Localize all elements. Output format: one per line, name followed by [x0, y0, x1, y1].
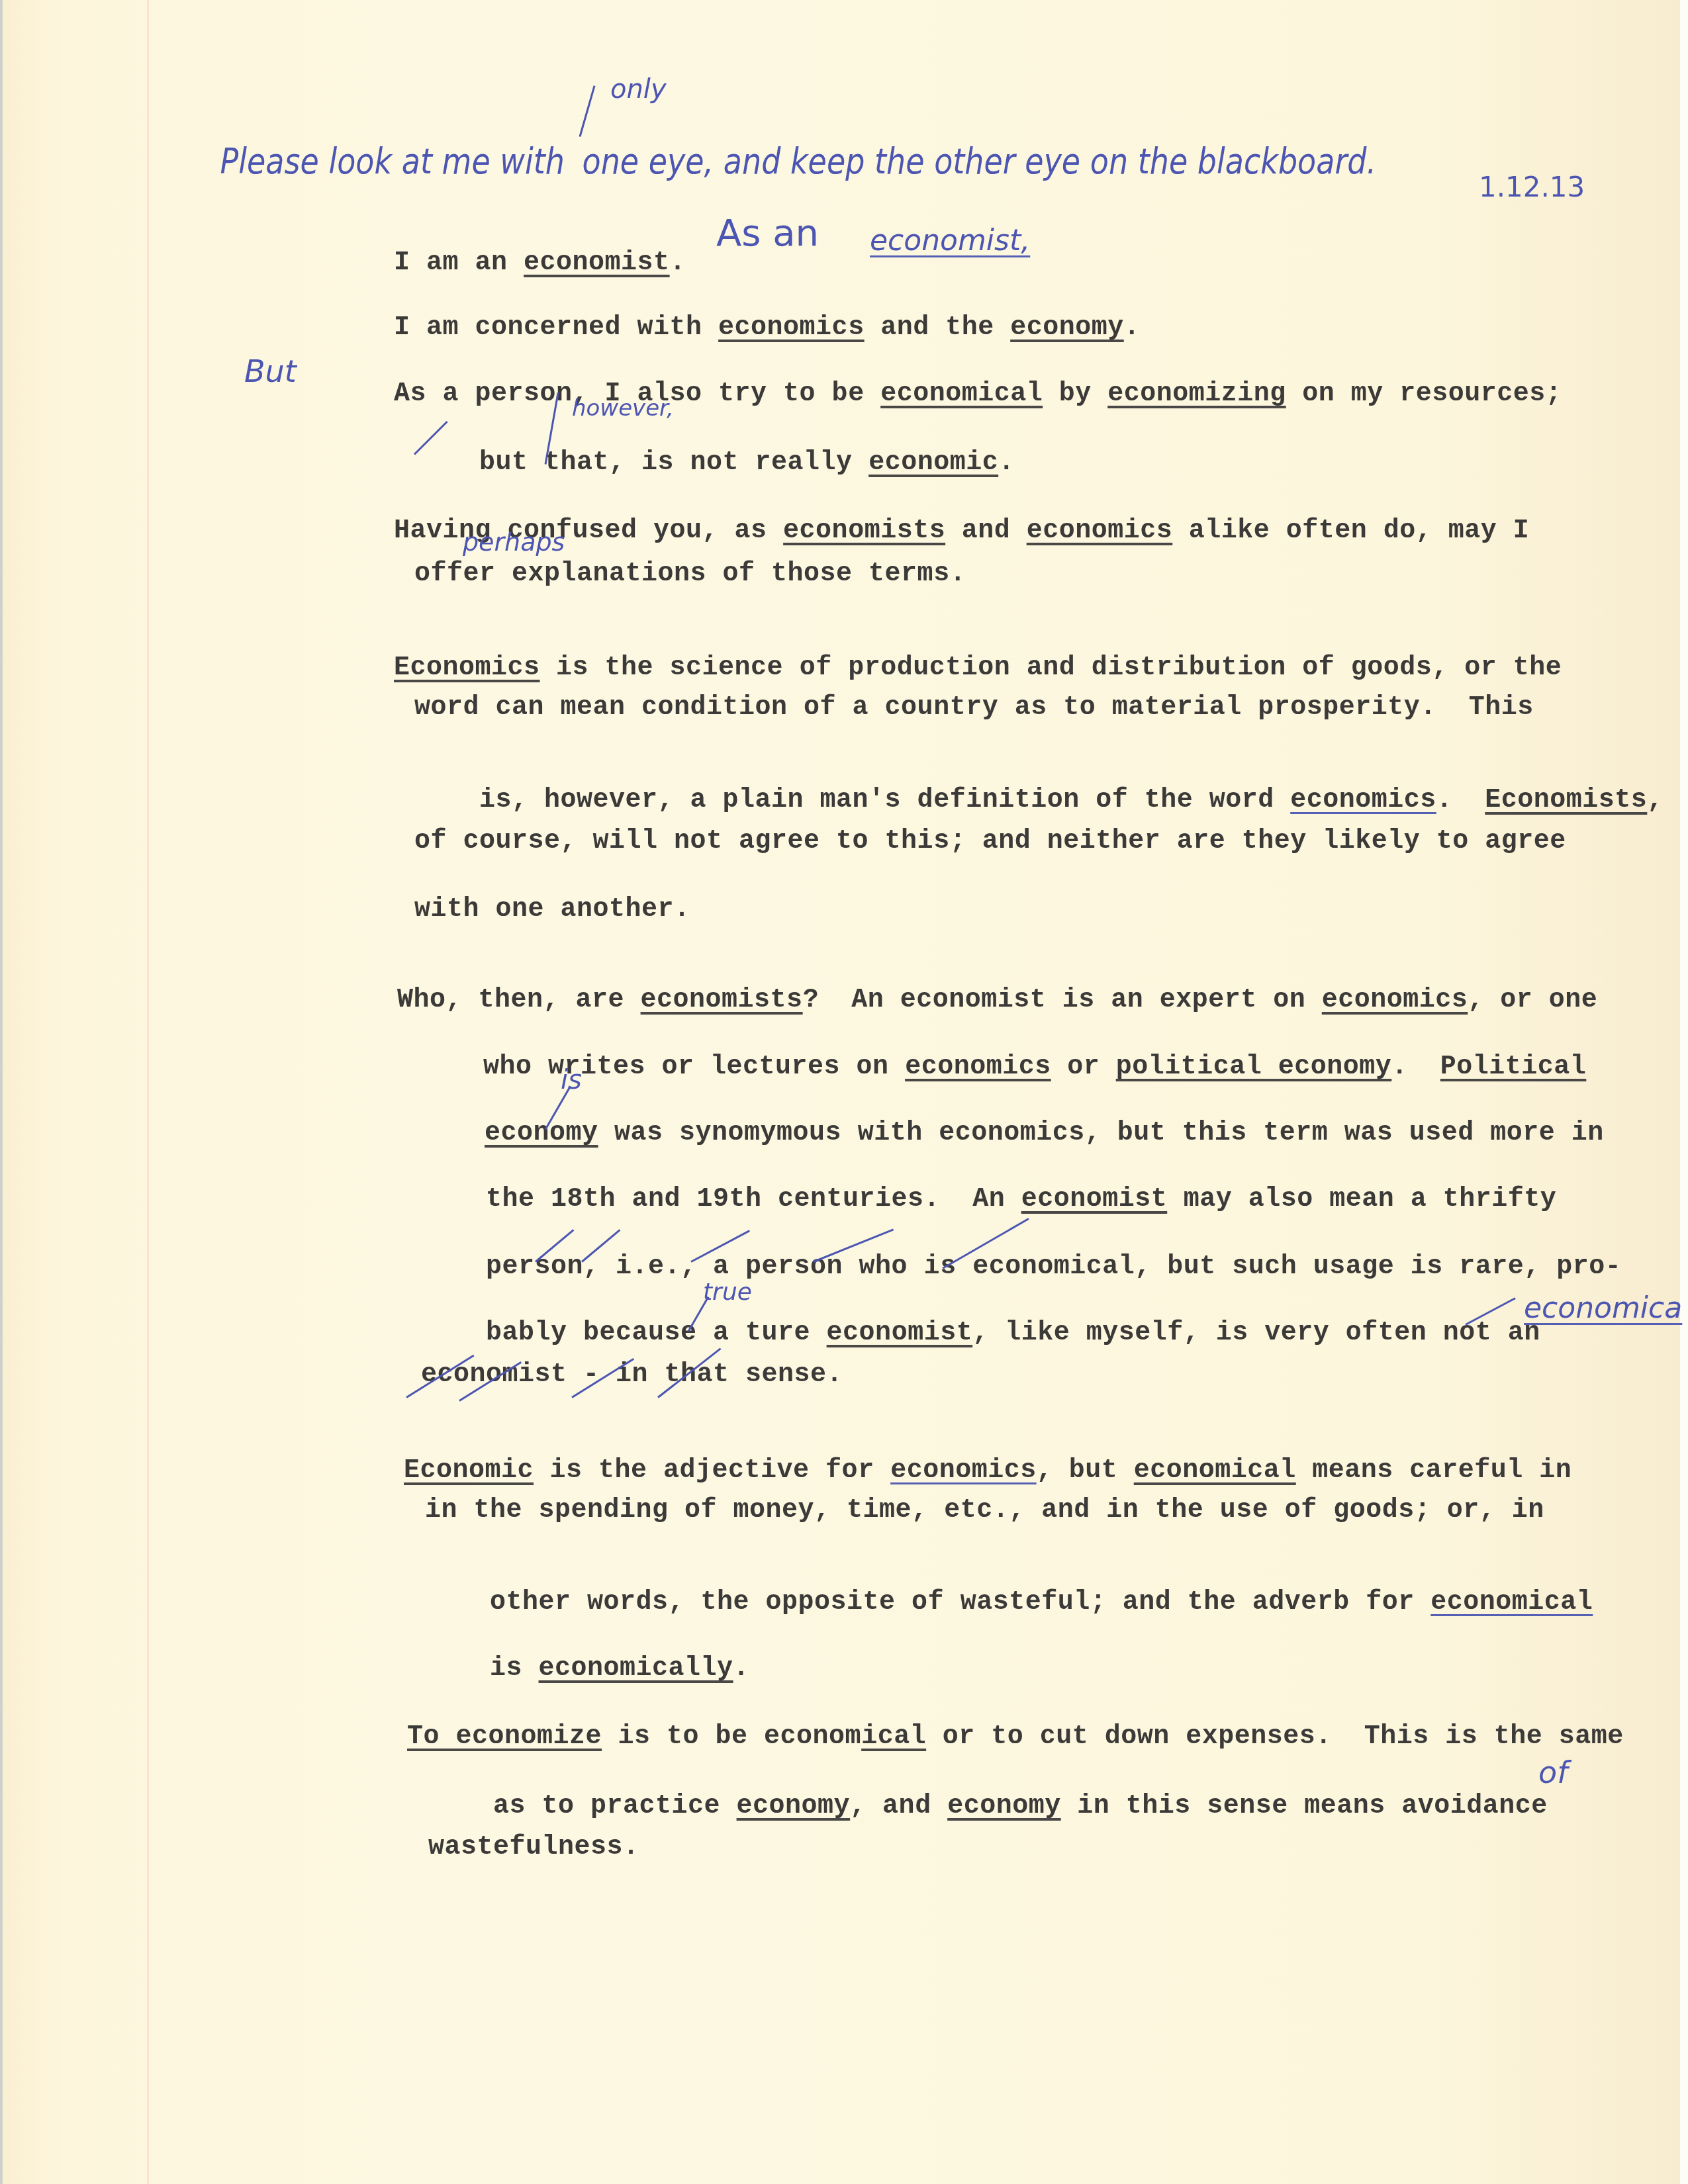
para1-row4: of course, will not agree to this; and n…	[414, 829, 1566, 855]
date-note: 1.12.13	[1479, 173, 1585, 201]
para1-row2: word can mean condition of a country as …	[414, 695, 1534, 721]
note-of: of	[1538, 1757, 1568, 1788]
note-but: But	[244, 356, 297, 387]
note-however: however,	[572, 397, 674, 420]
typed-line-6: offer explanations of those terms.	[414, 561, 966, 588]
typewritten-page: Please look at me with one eye, and keep…	[3, 0, 1680, 2184]
insert-only: only	[610, 76, 667, 103]
typed-line-4: but that, is not really economic.	[414, 424, 1015, 503]
para3-row4: is economically.	[425, 1629, 749, 1709]
note-as-an: As an	[716, 215, 819, 252]
margin-rule	[147, 0, 149, 2184]
para1-row5: with one another.	[414, 897, 690, 923]
note-economical: economica	[1524, 1294, 1682, 1323]
note-economist: economist,	[870, 226, 1030, 255]
header-note: Please look at me with one eye, and keep…	[181, 109, 1376, 214]
note-is: is	[561, 1067, 582, 1093]
para4-row3: wastefulness.	[428, 1835, 639, 1861]
note-perhaps: perhaps	[463, 529, 565, 555]
para4-row1: To economize is to be economical or to c…	[342, 1698, 1624, 1777]
typed-line-3: As a person, I also try to be economical…	[329, 355, 1562, 434]
para3-row2: in the spending of money, time, etc., an…	[425, 1498, 1544, 1524]
